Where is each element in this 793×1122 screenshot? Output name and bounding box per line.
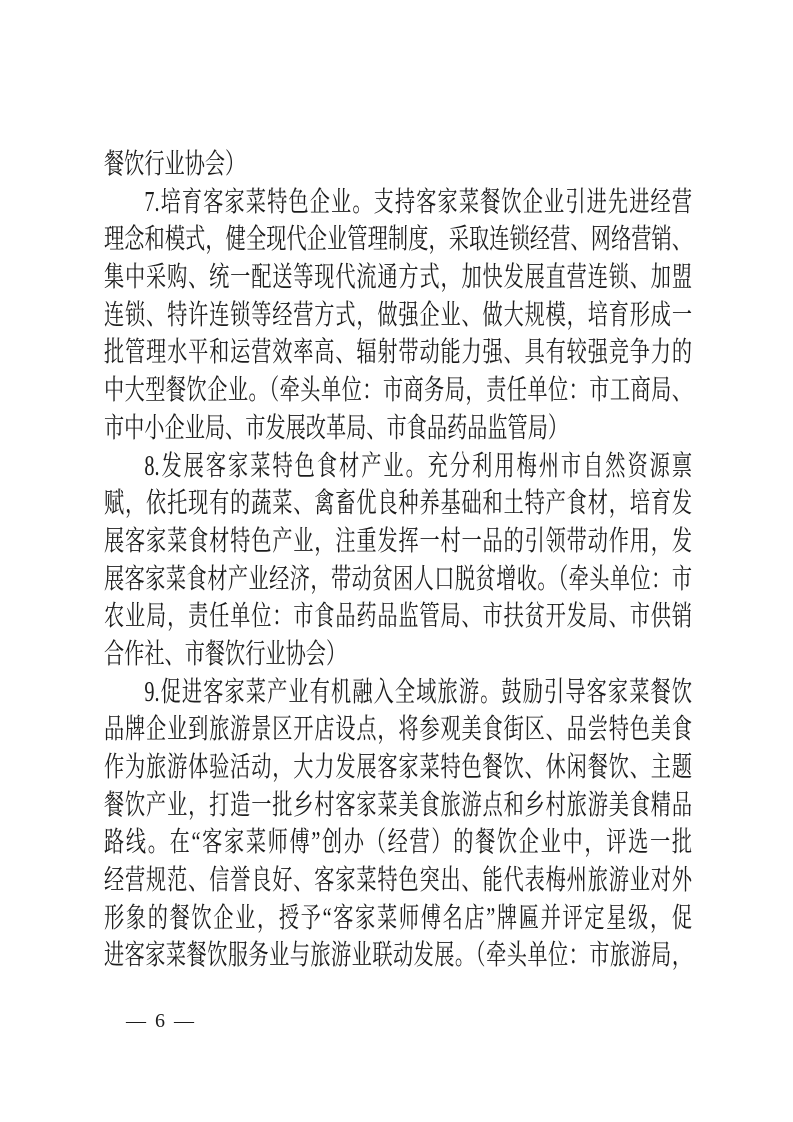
text-line: 连锁、特许连锁等经营方式，做强企业、做大规模，培育形成一 [104, 297, 692, 335]
text-line: 农业局，责任单位：市食品药品监管局、市扶贫开发局、市供销 [104, 598, 692, 636]
text-line: 合作社、市餐饮行业协会） [104, 636, 692, 674]
text-line: 理念和模式，健全现代企业管理制度，采取连锁经营、网络营销、 [104, 221, 692, 259]
page-number: — 6 — [126, 1008, 196, 1034]
text-line: 餐饮行业协会） [104, 146, 692, 184]
text-line: 路线。在“客家菜师傅”创办（经营）的餐饮企业中，评选一批 [104, 824, 692, 862]
paragraph-item-7: 7.培育客家菜特色企业。支持客家菜餐饮企业引进先进经营理念和模式，健全现代企业管… [104, 184, 692, 448]
text-line: 作为旅游体验活动，大力发展客家菜特色餐饮、休闲餐饮、主题 [104, 749, 692, 787]
text-line: 批管理水平和运营效率高、辐射带动能力强、具有较强竞争力的 [104, 334, 692, 372]
paragraph-item-9: 9.促进客家菜产业有机融入全域旅游。鼓励引导客家菜餐饮品牌企业到旅游景区开店设点… [104, 674, 692, 976]
text-line: 进客家菜餐饮服务业与旅游业联动发展。（牵头单位：市旅游局， [104, 937, 692, 975]
text-line: 经营规范、信誉良好、客家菜特色突出、能代表梅州旅游业对外 [104, 862, 692, 900]
text-line: 展客家菜食材特色产业，注重发挥一村一品的引领带动作用，发 [104, 523, 692, 561]
text-line: 8.发展客家菜特色食材产业。充分利用梅州市自然资源禀 [104, 448, 692, 486]
text-line: 市中小企业局、市发展改革局、市食品药品监管局） [104, 410, 692, 448]
paragraph-continuation: 餐饮行业协会） [104, 146, 692, 184]
text-line: 集中采购、统一配送等现代流通方式，加快发展直营连锁、加盟 [104, 259, 692, 297]
text-line: 赋，依托现有的蔬菜、禽畜优良种养基础和土特产食材，培育发 [104, 485, 692, 523]
text-line: 9.促进客家菜产业有机融入全域旅游。鼓励引导客家菜餐饮 [104, 674, 692, 712]
text-line: 展客家菜食材产业经济，带动贫困人口脱贫增收。（牵头单位：市 [104, 561, 692, 599]
document-page: 餐饮行业协会）7.培育客家菜特色企业。支持客家菜餐饮企业引进先进经营理念和模式，… [0, 0, 793, 1122]
text-line: 餐饮产业，打造一批乡村客家菜美食旅游点和乡村旅游美食精品 [104, 787, 692, 825]
text-line: 品牌企业到旅游景区开店设点，将参观美食街区、品尝特色美食 [104, 711, 692, 749]
paragraph-item-8: 8.发展客家菜特色食材产业。充分利用梅州市自然资源禀赋，依托现有的蔬菜、禽畜优良… [104, 448, 692, 674]
body-text: 餐饮行业协会）7.培育客家菜特色企业。支持客家菜餐饮企业引进先进经营理念和模式，… [104, 146, 692, 975]
text-line: 7.培育客家菜特色企业。支持客家菜餐饮企业引进先进经营 [104, 184, 692, 222]
text-line: 中大型餐饮企业。（牵头单位：市商务局，责任单位：市工商局、 [104, 372, 692, 410]
text-line: 形象的餐饮企业，授予“客家菜师傅名店”牌匾并评定星级，促 [104, 900, 692, 938]
